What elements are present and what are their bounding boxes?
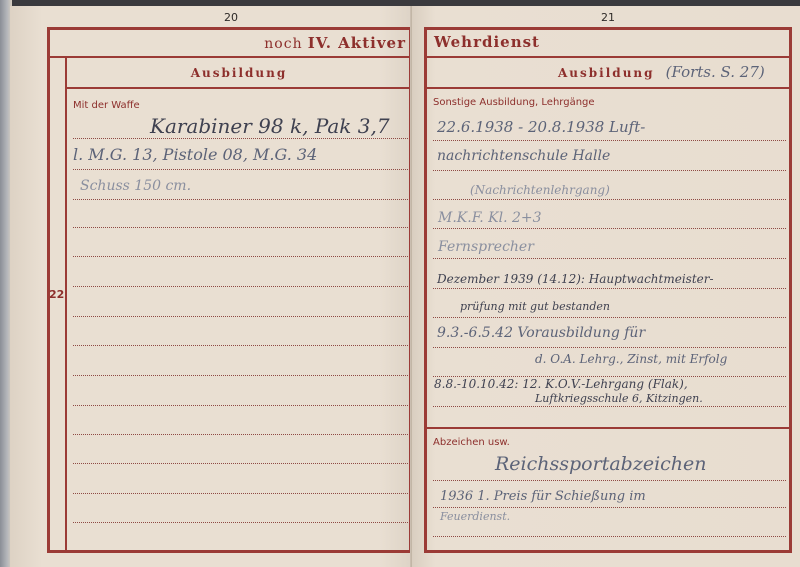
ruled-line [433,199,786,200]
ruled-line [433,536,786,537]
ruled-line [73,316,408,317]
weapon-entry: l. M.G. 13, Pistole 08, M.G. 34 [73,145,317,164]
weapon-entry: Schuss 150 cm. [80,178,191,194]
training-entry: Dezember 1939 (14.12): Hauptwachtmeister… [437,272,714,286]
ruled-line [73,434,408,435]
training-entry: 22.6.1938 - 20.8.1938 Luft- [437,118,645,136]
row-number: 22 [49,288,64,301]
header-divider [47,56,412,58]
training-entry: Fernsprecher [438,239,534,255]
ruled-line [73,345,408,346]
ruled-line [73,256,408,257]
ruled-line [433,140,786,141]
ruled-line [433,288,786,289]
ruled-line [73,522,408,523]
section-title-right: Ausbildung [558,66,655,80]
ruled-line [73,199,408,200]
ruled-line [433,480,786,481]
training-entry: nachrichtenschule Halle [437,148,610,164]
left-page-header: noch IV. Aktiver [264,33,406,52]
header-title-right: Wehrdienst [434,33,540,51]
ruled-line [433,258,786,259]
field-label-badges: Abzeichen usw. [433,437,510,448]
ruled-line [433,317,786,318]
training-entry: 8.8.-10.10.42: 12. K.O.V.-Lehrgang (Flak… [434,377,688,391]
section-divider [424,87,792,89]
training-entry: M.K.F. Kl. 2+3 [438,210,542,226]
header-divider [424,56,792,58]
section-divider [66,87,412,89]
badge-entry: Feuerdienst. [440,510,510,523]
badge-entry: Reichssportabzeichen [495,453,707,475]
ruled-line [433,347,786,348]
ruled-line [73,286,408,287]
page-number-right: 21 [601,11,615,24]
ruled-line [73,227,408,228]
ruled-line [433,170,786,171]
header-prefix: noch [264,36,302,52]
training-entry: 9.3.-6.5.42 Vorausbildung für [437,325,645,341]
ruled-line [73,375,408,376]
ruled-line [433,228,786,229]
field-label-weapon: Mit der Waffe [73,100,140,111]
ruled-line [73,405,408,406]
section-annotation: (Forts. S. 27) [666,63,765,81]
badge-entry: 1936 1. Preis für Schießung im [440,489,646,504]
weapon-entry: Karabiner 98 k, Pak 3,7 [150,114,390,138]
training-entry: prüfung mit gut bestanden [460,300,610,313]
row-number-column-divider [65,57,67,553]
page-number-left: 20 [224,11,238,24]
section-title-left: Ausbildung [66,66,412,80]
ruled-line [433,507,786,508]
ruled-line [73,463,408,464]
ruled-line [433,376,786,377]
ruled-line [73,138,408,139]
field-label-training: Sonstige Ausbildung, Lehrgänge [433,97,595,108]
badges-divider [424,427,792,429]
training-entry: (Nachrichtenlehrgang) [470,183,610,197]
training-entry: Luftkriegsschule 6, Kitzingen. [535,392,703,405]
ruled-line [73,169,408,170]
ruled-line [73,493,408,494]
right-section-header: Ausbildung (Forts. S. 27) [558,62,765,81]
training-entry: d. O.A. Lehrg., Zinst, mit Erfolg [535,352,727,366]
header-title-left: IV. Aktiver [308,34,406,52]
ruled-line [433,406,786,407]
